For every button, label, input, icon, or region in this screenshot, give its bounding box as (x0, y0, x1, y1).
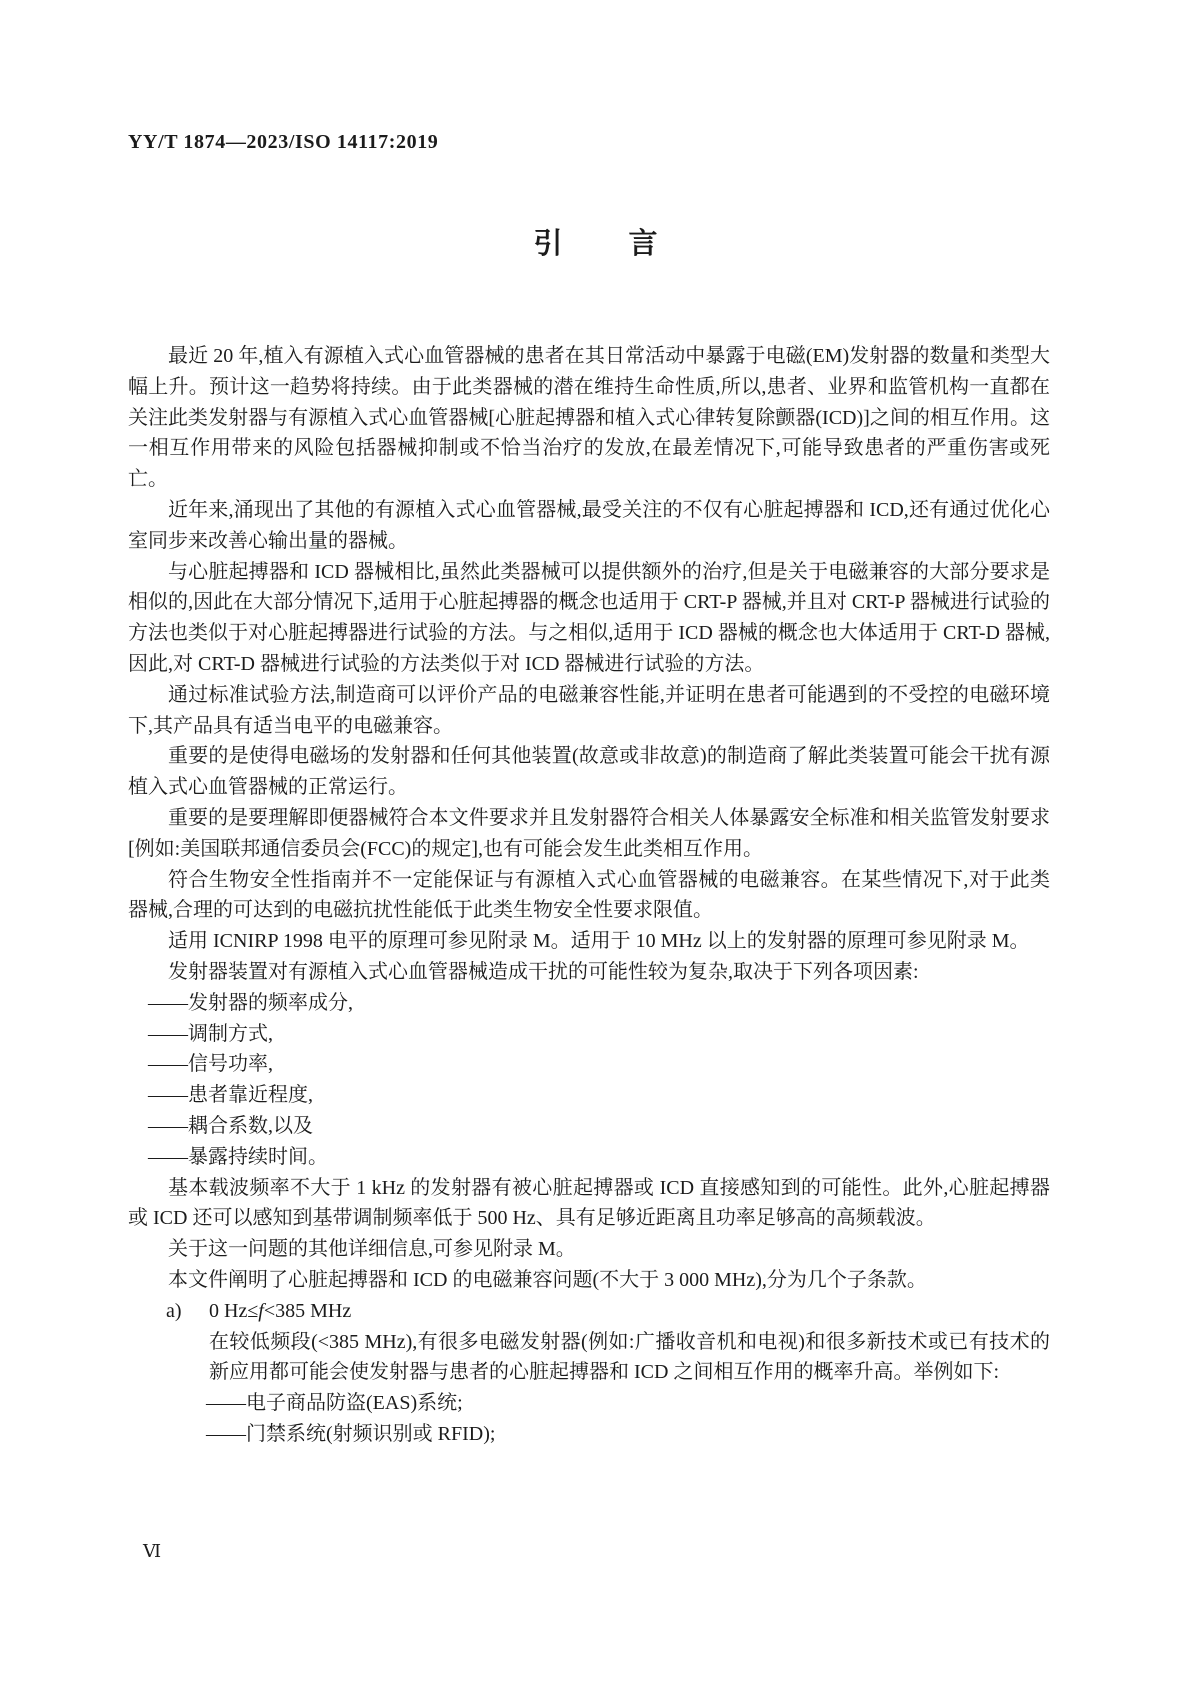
intro-paragraph: 基本载波频率不大于 1 kHz 的发射器有被心脏起搏器或 ICD 直接感知到的可… (128, 1173, 1050, 1235)
intro-paragraph: 通过标准试验方法,制造商可以评价产品的电磁兼容性能,并证明在患者可能遇到的不受控… (128, 680, 1050, 742)
intro-paragraph: 近年来,涌现出了其他的有源植入式心血管器械,最受关注的不仅有心脏起搏器和 ICD… (128, 495, 1050, 557)
page-title: 引 言 (0, 227, 1191, 262)
clause-a-frequency-range: 0 Hz≤f<385 MHz (209, 1296, 351, 1327)
intro-paragraph: 适用 ICNIRP 1998 电平的原理可参见附录 M。适用于 10 MHz 以… (128, 926, 1050, 957)
clause-a-range-pre: 0 Hz≤ (209, 1300, 258, 1322)
intro-paragraph: 发射器装置对有源植入式心血管器械造成干扰的可能性较为复杂,取决于下列各项因素: (128, 957, 1050, 988)
interference-factors-list: ——发射器的频率成分, ——调制方式, ——信号功率, ——患者靠近程度, ——… (128, 988, 1050, 1173)
standard-number-header: YY/T 1874—2023/ISO 14117:2019 (128, 131, 438, 154)
intro-paragraph: 符合生物安全性指南并不一定能保证与有源植入式心血管器械的电磁兼容。在某些情况下,… (128, 865, 1050, 927)
document-page: YY/T 1874—2023/ISO 14117:2019 引 言 最近 20 … (0, 0, 1191, 1684)
page-title-char-1: 引 (533, 227, 562, 262)
list-item: ——调制方式, (148, 1019, 1050, 1050)
list-item: ——发射器的频率成分, (148, 988, 1050, 1019)
intro-paragraph: 重要的是使得电磁场的发射器和任何其他装置(故意或非故意)的制造商了解此类装置可能… (128, 741, 1050, 803)
list-item: ——信号功率, (148, 1049, 1050, 1080)
intro-paragraph: 本文件阐明了心脏起搏器和 ICD 的电磁兼容问题(不大于 3 000 MHz),… (128, 1265, 1050, 1296)
page-number: Ⅵ (143, 1541, 161, 1562)
list-item: ——患者靠近程度, (148, 1080, 1050, 1111)
page-title-char-2: 言 (629, 227, 658, 262)
list-item: ——门禁系统(射频识别或 RFID); (206, 1419, 1050, 1450)
clause-a-heading-row: a) 0 Hz≤f<385 MHz (128, 1296, 1050, 1327)
clause-a-label: a) (166, 1296, 209, 1327)
intro-paragraph: 最近 20 年,植入有源植入式心血管器械的患者在其日常活动中暴露于电磁(EM)发… (128, 341, 1050, 495)
intro-paragraph: 与心脏起搏器和 ICD 器械相比,虽然此类器械可以提供额外的治疗,但是关于电磁兼… (128, 557, 1050, 680)
clause-a-examples-list: ——电子商品防盗(EAS)系统; ——门禁系统(射频识别或 RFID); (128, 1388, 1050, 1450)
introduction-body: 最近 20 年,植入有源植入式心血管器械的患者在其日常活动中暴露于电磁(EM)发… (128, 341, 1050, 1450)
intro-paragraph: 关于这一问题的其他详细信息,可参见附录 M。 (128, 1234, 1050, 1265)
list-item: ——耦合系数,以及 (148, 1111, 1050, 1142)
list-item: ——电子商品防盗(EAS)系统; (206, 1388, 1050, 1419)
intro-paragraph: 重要的是要理解即便器械符合本文件要求并且发射器符合相关人体暴露安全标准和相关监管… (128, 803, 1050, 865)
list-item: ——暴露持续时间。 (148, 1142, 1050, 1173)
clause-a: a) 0 Hz≤f<385 MHz 在较低频段(<385 MHz),有很多电磁发… (128, 1296, 1050, 1450)
clause-a-body: 在较低频段(<385 MHz),有很多电磁发射器(例如:广播收音机和电视)和很多… (209, 1327, 1050, 1389)
clause-a-range-post: <385 MHz (264, 1300, 351, 1322)
